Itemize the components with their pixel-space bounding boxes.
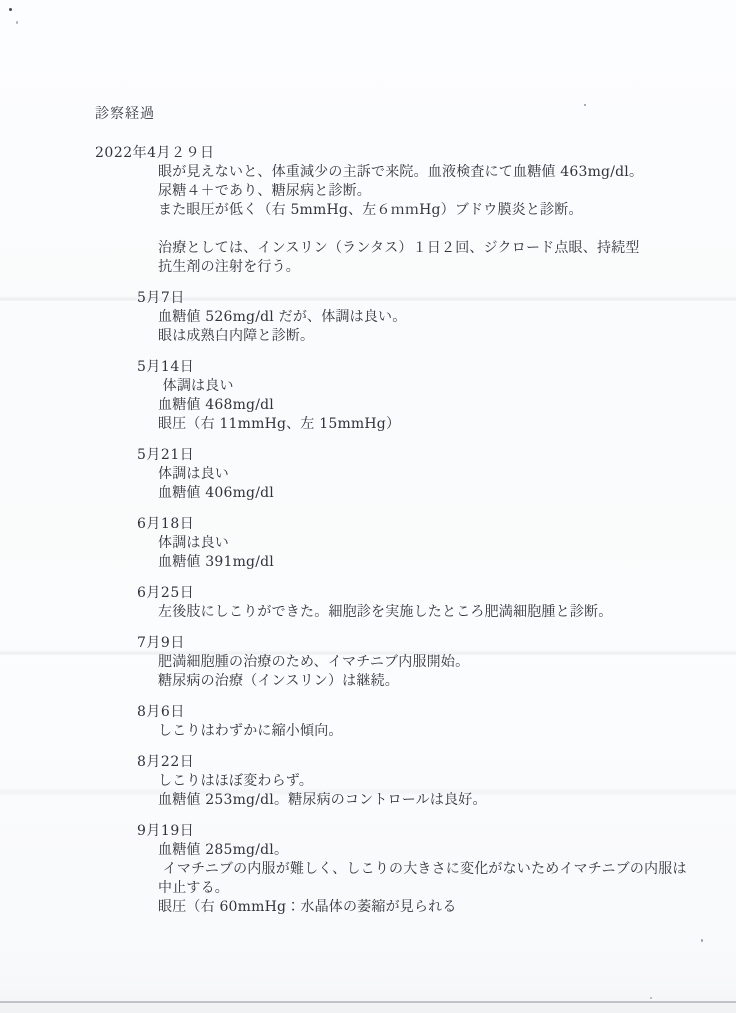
clinical-entry: 5月21日体調は良い血糖値 406mg/dl [95, 446, 698, 503]
entry-date: 5月14日 [137, 358, 698, 377]
entry-line: 治療としては、インスリン（ランタス）１日２回、ジクロード点眼、持続型 [158, 239, 698, 258]
entry-line: 眼圧（右 60mmHg：水晶体の萎縮が見られる [158, 898, 698, 917]
entry-paragraph: 治療としては、インスリン（ランタス）１日２回、ジクロード点眼、持続型抗生剤の注射… [158, 239, 698, 277]
entry-line: 眼圧（右 11mmHg、左 15mmHg） [158, 415, 698, 434]
entry-date: 2022年4月２９日 [95, 144, 698, 163]
entry-line: しこりはほぼ変わらず。 [158, 772, 698, 791]
entry-paragraph: しこりはほぼ変わらず。血糖値 253mg/dl。糖尿病のコントロールは良好。 [158, 772, 698, 810]
entry-date: 9月19日 [137, 822, 698, 841]
clinical-entry: 9月19日血糖値 285mg/dl。 イマチニブの内服が難しく、しこりの大きさに… [95, 822, 698, 917]
clinical-entry: 6月25日左後肢にしこりができた。細胞診を実施したところ肥満細胞腫と診断。 [95, 584, 698, 622]
entry-line: 眼が見えないと、体重減少の主訴で来院。血液検査にて血糖値 463mg/dl。 [158, 163, 698, 182]
scanned-document-page: 診察経過 2022年4月２９日眼が見えないと、体重減少の主訴で来院。血液検査にて… [0, 0, 736, 1013]
clinical-entry: 5月7日血糖値 526mg/dl だが、体調は良い。眼は成熟白内障と診断。 [95, 289, 698, 346]
scan-dust-speck [701, 939, 703, 942]
entry-line: 肥満細胞腫の治療のため、イマチニブ内服開始。 [158, 653, 698, 672]
entries: 2022年4月２９日眼が見えないと、体重減少の主訴で来院。血液検査にて血糖値 4… [95, 144, 698, 917]
entry-line: 中止する。 [158, 879, 698, 898]
entry-line: 血糖値 285mg/dl。 [158, 841, 698, 860]
entry-paragraph: 肥満細胞腫の治療のため、イマチニブ内服開始。糖尿病の治療（インスリン）は継続。 [158, 653, 698, 691]
entry-line: 血糖値 253mg/dl。糖尿病のコントロールは良好。 [158, 791, 698, 810]
clinical-entry: 8月22日しこりはほぼ変わらず。血糖値 253mg/dl。糖尿病のコントロールは… [95, 753, 698, 810]
entry-date: 8月22日 [137, 753, 698, 772]
entry-line: 体調は良い [158, 377, 698, 396]
entry-line: 血糖値 391mg/dl [158, 553, 698, 572]
entry-line: 体調は良い [158, 534, 698, 553]
entry-paragraph: 体調は良い血糖値 468mg/dl眼圧（右 11mmHg、左 15mmHg） [158, 377, 698, 434]
entry-line: 抗生剤の注射を行う。 [158, 258, 698, 277]
entry-line: 糖尿病の治療（インスリン）は継続。 [158, 672, 698, 691]
entry-line: 体調は良い [158, 465, 698, 484]
entry-date: 8月6日 [137, 703, 698, 722]
entry-line: 血糖値 468mg/dl [158, 396, 698, 415]
entry-line: イマチニブの内服が難しく、しこりの大きさに変化がないためイマチニブの内服は [158, 860, 698, 879]
entry-line: 尿糖４＋であり、糖尿病と診断。 [158, 182, 698, 201]
clinical-entry: 2022年4月２９日眼が見えないと、体重減少の主訴で来院。血液検査にて血糖値 4… [95, 144, 698, 277]
document-title: 診察経過 [95, 105, 698, 124]
scan-dust-speck [9, 8, 12, 11]
clinical-entry: 8月6日しこりはわずかに縮小傾向。 [95, 703, 698, 741]
scanner-bed-area [0, 1003, 736, 1013]
entry-line: 眼は成熟白内障と診断。 [158, 327, 698, 346]
entry-line: 血糖値 406mg/dl [158, 484, 698, 503]
entry-paragraph: しこりはわずかに縮小傾向。 [158, 722, 698, 741]
clinical-entry: 7月9日肥満細胞腫の治療のため、イマチニブ内服開始。糖尿病の治療（インスリン）は… [95, 634, 698, 691]
clinical-entry: 5月14日 体調は良い血糖値 468mg/dl眼圧（右 11mmHg、左 15m… [95, 358, 698, 434]
entry-date: 7月9日 [137, 634, 698, 653]
entry-line: しこりはわずかに縮小傾向。 [158, 722, 698, 741]
entry-paragraph: 眼が見えないと、体重減少の主訴で来院。血液検査にて血糖値 463mg/dl。尿糖… [158, 163, 698, 220]
entry-paragraph: 体調は良い血糖値 391mg/dl [158, 534, 698, 572]
entry-paragraph: 血糖値 285mg/dl。 イマチニブの内服が難しく、しこりの大きさに変化がない… [158, 841, 698, 917]
entry-date: 6月25日 [137, 584, 698, 603]
entry-paragraph: 体調は良い血糖値 406mg/dl [158, 465, 698, 503]
entry-date: 6月18日 [137, 515, 698, 534]
entry-line: 左後肢にしこりができた。細胞診を実施したところ肥満細胞腫と診断。 [158, 603, 698, 622]
entry-line: また眼圧が低く（右 5mmHg、左６ｍｍHg）ブドウ膜炎と診断。 [158, 201, 698, 220]
document-content: 診察経過 2022年4月２９日眼が見えないと、体重減少の主訴で来院。血液検査にて… [95, 105, 698, 929]
scan-dust-speck [16, 21, 18, 24]
scan-dust-speck [650, 997, 652, 999]
entry-paragraph: 血糖値 526mg/dl だが、体調は良い。眼は成熟白内障と診断。 [158, 308, 698, 346]
entry-date: 5月21日 [137, 446, 698, 465]
entry-paragraph: 左後肢にしこりができた。細胞診を実施したところ肥満細胞腫と診断。 [158, 603, 698, 622]
entry-line: 血糖値 526mg/dl だが、体調は良い。 [158, 308, 698, 327]
entry-date: 5月7日 [137, 289, 698, 308]
clinical-entry: 6月18日体調は良い血糖値 391mg/dl [95, 515, 698, 572]
